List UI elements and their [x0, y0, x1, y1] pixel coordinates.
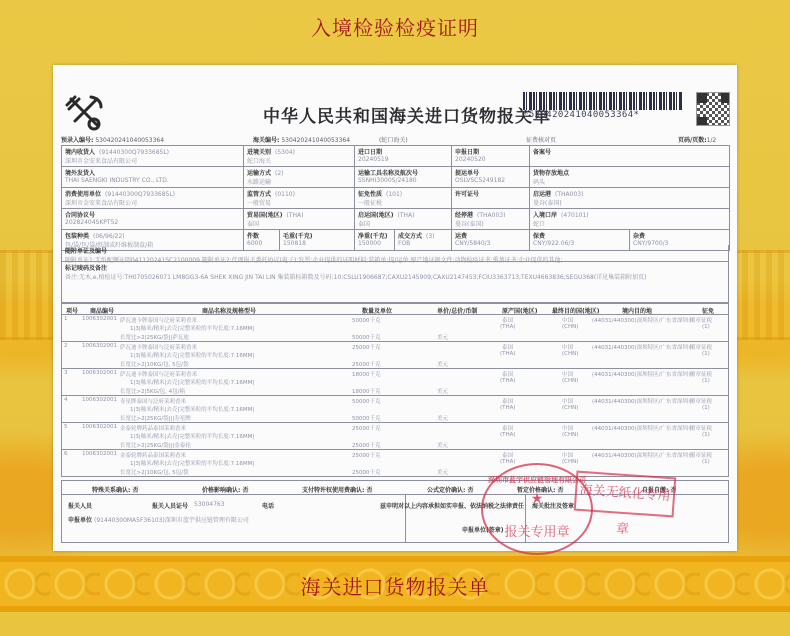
- field-value: 泰国: [358, 219, 448, 228]
- goods-spec1: 1|3|籼米/精米|去壳|完整米粒的平均长度:7.16MM|: [130, 351, 254, 359]
- goods-dest-code: (CHN): [562, 351, 578, 357]
- goods-row: 41006302001寿星牌泰国与泛府茉莉香米1|3|籼米/精米|去壳|完整米粒…: [61, 396, 729, 423]
- field-label: 保费: [533, 231, 626, 240]
- goods-row: 21006302001萨瓦迪卡牌泰国与泛府茉莉香米1|3|籼米/精米|去壳|完整…: [61, 342, 729, 369]
- pre-entry-number: 预录入编号: 530420241040053364: [61, 135, 164, 144]
- field-label: 境内收货人(91440300Q7933685L): [65, 147, 240, 156]
- goods-duty: 照章征税: [690, 451, 712, 459]
- field-value: 泰国: [247, 219, 351, 228]
- goods-qty1: 25000千克: [352, 424, 381, 432]
- form-field: 入境口岸(470101)蛇口: [530, 209, 730, 230]
- field-value: 一般征税: [358, 198, 448, 207]
- goods-qty2: 50000千克: [352, 414, 381, 422]
- form-field: 启运港(THA003)曼谷(泰国): [530, 188, 730, 209]
- form-row: 合同协议号20282404SKPT52贸易国(地区)(THA)泰国启运国(地区)…: [62, 209, 730, 230]
- goods-origin-code: (THA): [500, 351, 516, 357]
- goods-row: 11006302001萨瓦迪卡牌泰国与泛府茉莉香米1|3|籼米/精米|去壳|完整…: [61, 315, 729, 342]
- goods-domestic: (44031/440300)深圳特区/广东省深圳市: [592, 343, 694, 351]
- field-label: 消费使用单位(91440300Q7933685L): [65, 189, 240, 198]
- form-field: 备案号: [530, 146, 730, 167]
- field-label: 杂费: [633, 231, 726, 240]
- right-ornament-band: [730, 250, 790, 340]
- goods-duty-code: (1): [702, 405, 710, 411]
- barcode: [523, 92, 683, 110]
- goods-no: 6: [64, 451, 68, 457]
- field-label: 征免性质(101): [358, 189, 448, 198]
- goods-spec2: 长宽比>2|25KG/袋|||金泰轮: [120, 441, 191, 449]
- goods-column-header: 商品名称及规格型号: [202, 306, 256, 315]
- field-code: (470101): [561, 212, 589, 219]
- goods-qty1: 18000千克: [352, 370, 381, 378]
- goods-qty1: 25000千克: [352, 451, 381, 459]
- goods-row: 51006302001金泰轮牌药品泰国茉莉香米1|3|籼米/精米|去壳|完整米粒…: [61, 423, 729, 450]
- field-value: 曼谷(泰国): [455, 219, 526, 228]
- bottom-caption: 海关进口货物报关单: [0, 571, 790, 600]
- top-caption: 入境检验检疫证明: [0, 12, 790, 41]
- field-label: 贸易国(地区)(THA): [247, 210, 351, 219]
- form-row: 境外发货人THAI SAENGKI INDUSTRY CO., LTD.运输方式…: [62, 167, 730, 188]
- goods-qty2: 25000千克: [352, 468, 381, 476]
- goods-origin: 泰国: [502, 397, 513, 405]
- goods-domestic: (44031/440300)深圳特区/广东省深圳市: [592, 397, 694, 405]
- goods-no: 2: [64, 343, 68, 349]
- goods-duty-code: (1): [702, 324, 710, 330]
- field-label: 启运港(THA003): [533, 189, 726, 198]
- field-value: 曼谷(泰国): [533, 198, 726, 207]
- form-field: 合同协议号20282404SKPT52: [62, 209, 244, 230]
- form-field: 许可证号: [452, 188, 530, 209]
- goods-spec2: 长宽比>2|25KG/袋|||寿星牌: [120, 414, 191, 422]
- goods-column-header: 原产国(地区): [502, 306, 538, 315]
- goods-spec1: 1|3|籼米/精米|去壳|完整米粒的平均长度:7.16MM|: [130, 432, 254, 440]
- field-label: 运输工具名称及航次号: [358, 168, 448, 177]
- field-code: (91440300Q7933685L): [105, 191, 175, 198]
- form-field: 征免性质(101)一般征税: [355, 188, 452, 209]
- form-field: 进口日期20240519: [355, 146, 452, 167]
- goods-column-header: 商品编号: [90, 306, 114, 315]
- goods-currency: 美元: [437, 468, 448, 476]
- field-value: OSLVSC5249182: [455, 177, 526, 184]
- goods-dest: 中国: [562, 397, 573, 405]
- goods-dest: 中国: [562, 451, 573, 459]
- goods-table: 11006302001萨瓦迪卡牌泰国与泛府茉莉香米1|3|籼米/精米|去壳|完整…: [61, 315, 729, 477]
- goods-spec1: 1|3|籼米/精米|去壳|完整米粒的平均长度:7.16MM|: [130, 405, 254, 413]
- field-value: 一般贸易: [247, 198, 351, 207]
- goods-duty: 照章征税: [690, 370, 712, 378]
- field-value: 蛇口: [533, 219, 726, 228]
- attached-documents: 随附单证及编号 随附单证1:无纸配额证明041120241SC2100009 随…: [61, 245, 729, 262]
- field-code: (101): [386, 191, 402, 198]
- goods-currency: 美元: [437, 387, 448, 395]
- field-value: 水路运输: [247, 177, 351, 186]
- goods-duty-code: (1): [702, 378, 710, 384]
- goods-domestic: (44031/440300)深圳特区/广东省深圳市: [592, 316, 694, 324]
- field-label: 件数: [247, 231, 276, 240]
- goods-duty: 照章征税: [690, 424, 712, 432]
- form-field: 进境关别(5304)蛇口海关: [244, 146, 355, 167]
- field-label: 货物存放地点: [533, 168, 726, 177]
- goods-dest-code: (CHN): [562, 432, 578, 438]
- form-field: 境外发货人THAI SAENGKI INDUSTRY CO., LTD.: [62, 167, 244, 188]
- goods-code: 1006302001: [82, 343, 117, 349]
- goods-dest: 中国: [562, 370, 573, 378]
- goods-qty2: 25000千克: [352, 360, 381, 368]
- goods-code: 1006302001: [82, 451, 117, 457]
- field-label: 境外发货人: [65, 168, 240, 177]
- customs-emblem-icon: [65, 93, 105, 133]
- goods-dest-code: (CHN): [562, 459, 578, 465]
- form-field: 运输工具名称及航次号SSNHI3000S/24180: [355, 167, 452, 188]
- form-field: 消费使用单位(91440300Q7933685L)深圳市金安来食品有限公司: [62, 188, 244, 209]
- field-label: 成交方式(3): [398, 231, 448, 240]
- field-label: 许可证号: [455, 189, 526, 198]
- goods-code: 1006302001: [82, 316, 117, 322]
- goods-duty-code: (1): [702, 351, 710, 357]
- goods-duty: 照章征税: [690, 397, 712, 405]
- goods-code: 1006302001: [82, 397, 117, 403]
- goods-column-header: 征免: [702, 306, 714, 315]
- goods-name: 萨瓦迪卡牌泰国与泛府茉莉香米: [120, 316, 197, 324]
- goods-dest-code: (CHN): [562, 378, 578, 384]
- goods-column-header: 数量及单位: [362, 306, 392, 315]
- field-value: 深圳市金安来食品有限公司: [65, 156, 240, 165]
- goods-code: 1006302001: [82, 424, 117, 430]
- goods-currency: 美元: [437, 414, 448, 422]
- goods-qty1: 25000千克: [352, 343, 381, 351]
- goods-name: 金泰轮牌药品泰国茉莉香米: [120, 424, 186, 432]
- field-code: (THA): [287, 212, 304, 219]
- goods-name: 萨瓦迪卡牌泰国与泛府茉莉香米: [120, 370, 197, 378]
- qr-code: [696, 92, 730, 126]
- declaration-fields-table: 境内收货人(91440300Q7933685L)深圳市金安来食品有限公司进境关别…: [61, 145, 730, 251]
- goods-origin: 泰国: [502, 370, 513, 378]
- goods-currency: 美元: [437, 441, 448, 449]
- document-title: 中华人民共和国海关进口货物报关单: [263, 102, 551, 127]
- goods-qty2: 18000千克: [352, 387, 381, 395]
- goods-origin: 泰国: [502, 451, 513, 459]
- barcode-number: *530420241040053364*: [523, 110, 688, 120]
- field-label: 启运国(地区)(THA): [358, 210, 448, 219]
- field-value: 20282404SKPT52: [65, 219, 240, 226]
- field-code: (THA): [398, 212, 415, 219]
- goods-name: 萨瓦迪卡牌泰国与泛府茉莉香米: [120, 343, 197, 351]
- field-value: 深圳市金安来食品有限公司: [65, 198, 240, 207]
- goods-dest: 中国: [562, 343, 573, 351]
- goods-qty1: 50000千克: [352, 397, 381, 405]
- field-value: SSNHI3000S/24180: [358, 177, 448, 184]
- goods-spec2: 长宽比>2|10KG/包, 5包/袋: [120, 468, 189, 476]
- goods-currency: 美元: [437, 360, 448, 368]
- field-code: (91440300Q7933685L): [99, 149, 169, 156]
- goods-domestic: (44031/440300)深圳特区/广东省深圳市: [592, 424, 694, 432]
- field-code: (06/96/22): [93, 233, 125, 240]
- field-value: 20240519: [358, 156, 448, 163]
- goods-no: 3: [64, 370, 68, 376]
- goods-origin: 泰国: [502, 343, 513, 351]
- field-label: 申报日期: [455, 147, 526, 156]
- form-field: 经停港(THA003)曼谷(泰国): [452, 209, 530, 230]
- goods-dest-code: (CHN): [562, 405, 578, 411]
- fee-check-page: 征费核对页: [526, 135, 556, 144]
- customs-number: 海关编号: 530420241040053364: [253, 135, 350, 144]
- field-code: (THA003): [555, 191, 583, 198]
- form-field: 运输方式(2)水路运输: [244, 167, 355, 188]
- goods-column-header: 单价/总价/币制: [437, 306, 477, 315]
- field-value: THAI SAENGKI INDUSTRY CO., LTD.: [65, 177, 240, 184]
- form-field: 境内收货人(91440300Q7933685L)深圳市金安来食品有限公司: [62, 146, 244, 167]
- goods-duty: 照章征税: [690, 316, 712, 324]
- goods-column-header: 最终目的国(地区): [552, 306, 600, 315]
- field-code: (0110): [275, 191, 295, 198]
- goods-code: 1006302001: [82, 370, 117, 376]
- form-field: 货物存放地点码头: [530, 167, 730, 188]
- form-field: 贸易国(地区)(THA)泰国: [244, 209, 355, 230]
- goods-spec2: 长宽比>2|25KG/袋||萨瓦迪: [120, 333, 189, 341]
- field-label: 入境口岸(470101): [533, 210, 726, 219]
- goods-qty2: 50000千克: [352, 333, 381, 341]
- goods-domestic: (44031/440300)深圳特区/广东省深圳市: [592, 370, 694, 378]
- goods-column-header: 境内目的地: [622, 306, 652, 315]
- goods-spec1: 1|3|籼米/精米|去壳|完整米粒的平均长度:7.16MM|: [130, 459, 254, 467]
- goods-name: 寿星牌泰国与泛府茉莉香米: [120, 397, 186, 405]
- form-field: 提运单号OSLVSC5249182: [452, 167, 530, 188]
- goods-spec2: 长宽比>2|10KG/包, 5包/袋: [120, 360, 189, 368]
- field-label: 监管方式(0110): [247, 189, 351, 198]
- goods-origin-code: (THA): [500, 405, 516, 411]
- field-code: (3): [426, 233, 435, 240]
- field-label: 经停港(THA003): [455, 210, 526, 219]
- field-value: 码头: [533, 177, 726, 186]
- goods-currency: 美元: [437, 333, 448, 341]
- goods-no: 5: [64, 424, 68, 430]
- marks-and-remarks: 标记唛码及备注 备注:无木,e,植检证号:TH0705026071 LM8GG3…: [61, 262, 729, 303]
- field-value: 蛇口海关: [247, 156, 351, 165]
- goods-dest: 中国: [562, 316, 573, 324]
- form-field: 启运国(地区)(THA)泰国: [355, 209, 452, 230]
- field-label: 提运单号: [455, 168, 526, 177]
- field-code: (2): [275, 170, 284, 177]
- field-label: 进口日期: [358, 147, 448, 156]
- goods-column-header: 项号: [66, 306, 78, 315]
- goods-no: 4: [64, 397, 68, 403]
- goods-duty-code: (1): [702, 432, 710, 438]
- page-count: 页码/页数:1/2: [678, 135, 716, 144]
- goods-no: 1: [64, 316, 68, 322]
- goods-table-header: 项号商品编号商品名称及规格型号数量及单位单价/总价/币制原产国(地区)最终目的国…: [61, 303, 729, 315]
- goods-row: 31006302001萨瓦迪卡牌泰国与泛府茉莉香米1|3|籼米/精米|去壳|完整…: [61, 369, 729, 396]
- goods-spec1: 1|3|籼米/精米|去壳|完整米粒的平均长度:7.16MM|: [130, 324, 254, 332]
- goods-origin-code: (THA): [500, 432, 516, 438]
- form-field: 申报日期20240520: [452, 146, 530, 167]
- goods-qty2: 25000千克: [352, 441, 381, 449]
- paperless-customs-seal: 海关无纸化专用章: [574, 471, 677, 518]
- field-label: 毛重(千克): [283, 231, 351, 240]
- goods-origin-code: (THA): [500, 378, 516, 384]
- goods-qty1: 50000千克: [352, 316, 381, 324]
- field-code: (THA003): [477, 212, 505, 219]
- form-row: 境内收货人(91440300Q7933685L)深圳市金安来食品有限公司进境关别…: [62, 146, 730, 167]
- goods-dest: 中国: [562, 424, 573, 432]
- field-label: 合同协议号: [65, 210, 240, 219]
- goods-origin-code: (THA): [500, 459, 516, 465]
- field-label: 进境关别(5304): [247, 147, 351, 156]
- goods-spec2: 长宽比>2|5KG/包, 4包/箱: [120, 387, 185, 395]
- form-field: 监管方式(0110)一般贸易: [244, 188, 355, 209]
- goods-duty-code: (1): [702, 459, 710, 465]
- port-note: (蛇口海关): [379, 135, 408, 144]
- goods-duty: 照章征税: [690, 343, 712, 351]
- goods-name: 金泰轮牌药品泰国茉莉香米: [120, 451, 186, 459]
- field-label: 包装种类(06/96/22): [65, 231, 240, 240]
- left-ornament-band: [0, 250, 60, 340]
- field-value: 20240520: [455, 156, 526, 163]
- goods-origin-code: (THA): [500, 324, 516, 330]
- field-label: 净重(千克): [358, 231, 391, 240]
- goods-spec1: 1|3|籼米/精米|去壳|完整米粒的平均长度:7.16MM|: [130, 378, 254, 386]
- goods-row: 61006302001金泰轮牌药品泰国茉莉香米1|3|籼米/精米|去壳|完整米粒…: [61, 450, 729, 477]
- field-label: 备案号: [533, 147, 726, 156]
- field-code: (5304): [275, 149, 295, 156]
- goods-origin: 泰国: [502, 424, 513, 432]
- form-row: 消费使用单位(91440300Q7933685L)深圳市金安来食品有限公司监管方…: [62, 188, 730, 209]
- bottom-strip: [0, 612, 790, 636]
- goods-dest-code: (CHN): [562, 324, 578, 330]
- field-label: 运费: [455, 231, 526, 240]
- goods-domestic: (44031/440300)深圳特区/广东省深圳市: [592, 451, 694, 459]
- goods-origin: 泰国: [502, 316, 513, 324]
- field-label: 运输方式(2): [247, 168, 351, 177]
